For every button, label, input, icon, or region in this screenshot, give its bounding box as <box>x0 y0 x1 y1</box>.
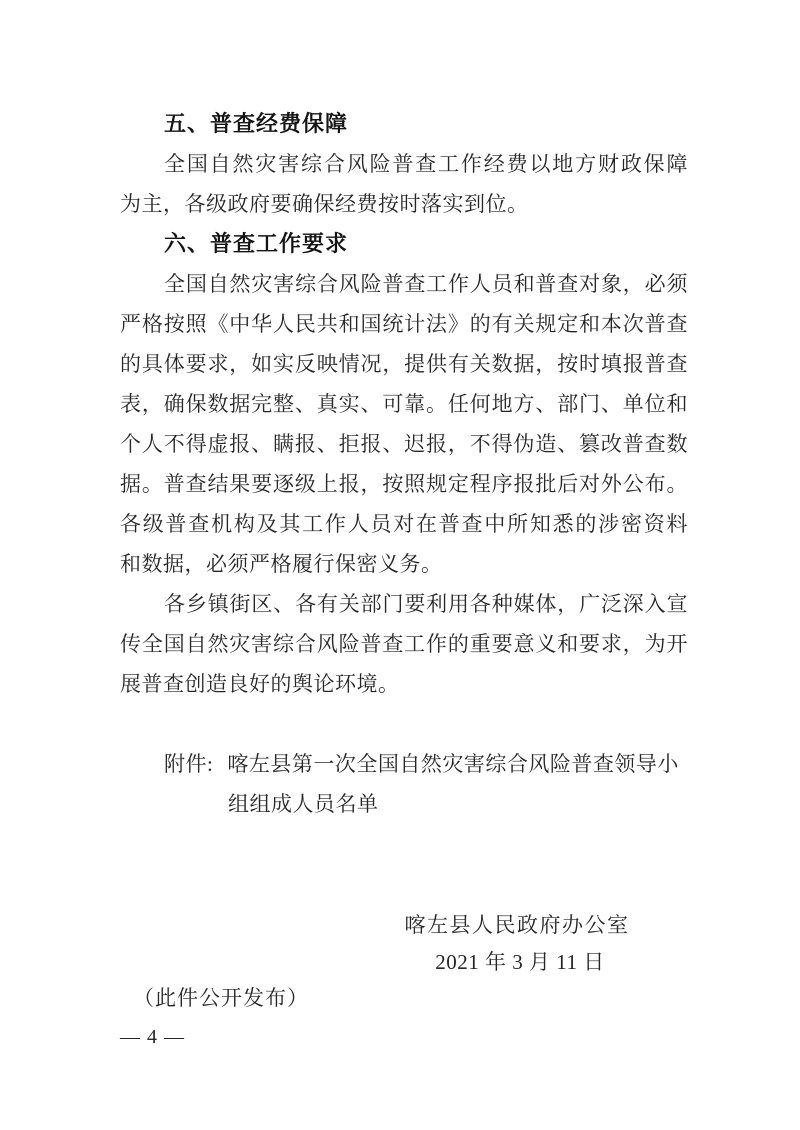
section6-paragraph1-line: 的具体要求，如实反映情况，提供有关数据，按时填报普查 <box>120 344 688 384</box>
section6-paragraph1-line: 严格按照《中华人民共和国统计法》的有关规定和本次普查 <box>120 304 688 344</box>
page-number: — 4 — <box>120 1017 185 1057</box>
attachment-line: 附件:喀左县第一次全国自然灾害综合风险普查领导小 <box>120 744 688 784</box>
section5-paragraph-line: 全国自然灾害综合风险普查工作经费以地方财政保障 <box>120 144 688 184</box>
section6-paragraph1-line: 个人不得虚报、瞒报、拒报、迟报，不得伪造、篡改普查数 <box>120 424 688 464</box>
section6-paragraph1-line: 表，确保数据完整、真实、可靠。任何地方、部门、单位和 <box>120 384 688 424</box>
document-page: 五、普查经费保障 全国自然灾害综合风险普查工作经费以地方财政保障 为主，各级政府… <box>0 0 800 1130</box>
section5-heading: 五、普查经费保障 <box>120 104 688 144</box>
section6-heading: 六、普查工作要求 <box>120 224 688 264</box>
attachment-note: 附件:喀左县第一次全国自然灾害综合风险普查领导小 组组成人员名单 <box>120 744 688 824</box>
issue-date: 2021 年 3 月 11 日 <box>435 942 604 982</box>
section6-paragraph1-line: 各级普查机构及其工作人员对在普查中所知悉的涉密资料 <box>120 504 688 544</box>
section6-paragraph2-line: 展普查创造良好的舆论环境。 <box>120 664 688 704</box>
section6-paragraph2-line: 各乡镇街区、各有关部门要利用各种媒体，广泛深入宣 <box>120 584 688 624</box>
section5-paragraph-line: 为主，各级政府要确保经费按时落实到位。 <box>120 184 688 224</box>
document-body: 五、普查经费保障 全国自然灾害综合风险普查工作经费以地方财政保障 为主，各级政府… <box>120 104 688 704</box>
section6-paragraph2-line: 传全国自然灾害综合风险普查工作的重要意义和要求，为开 <box>120 624 688 664</box>
section6-paragraph1-line: 和数据，必须严格履行保密义务。 <box>120 544 688 584</box>
attachment-label: 附件: <box>164 752 213 776</box>
public-release-note: （此件公开发布） <box>133 978 309 1018</box>
issuing-office: 喀左县人民政府办公室 <box>405 905 630 945</box>
attachment-title-part1: 喀左县第一次全国自然灾害综合风险普查领导小 <box>227 752 679 776</box>
section6-paragraph1-line: 据。普查结果要逐级上报，按照规定程序报批后对外公布。 <box>120 464 688 504</box>
section6-paragraph1-line: 全国自然灾害综合风险普查工作人员和普查对象，必须 <box>120 264 688 304</box>
attachment-title-part2: 组组成人员名单 <box>120 784 688 824</box>
